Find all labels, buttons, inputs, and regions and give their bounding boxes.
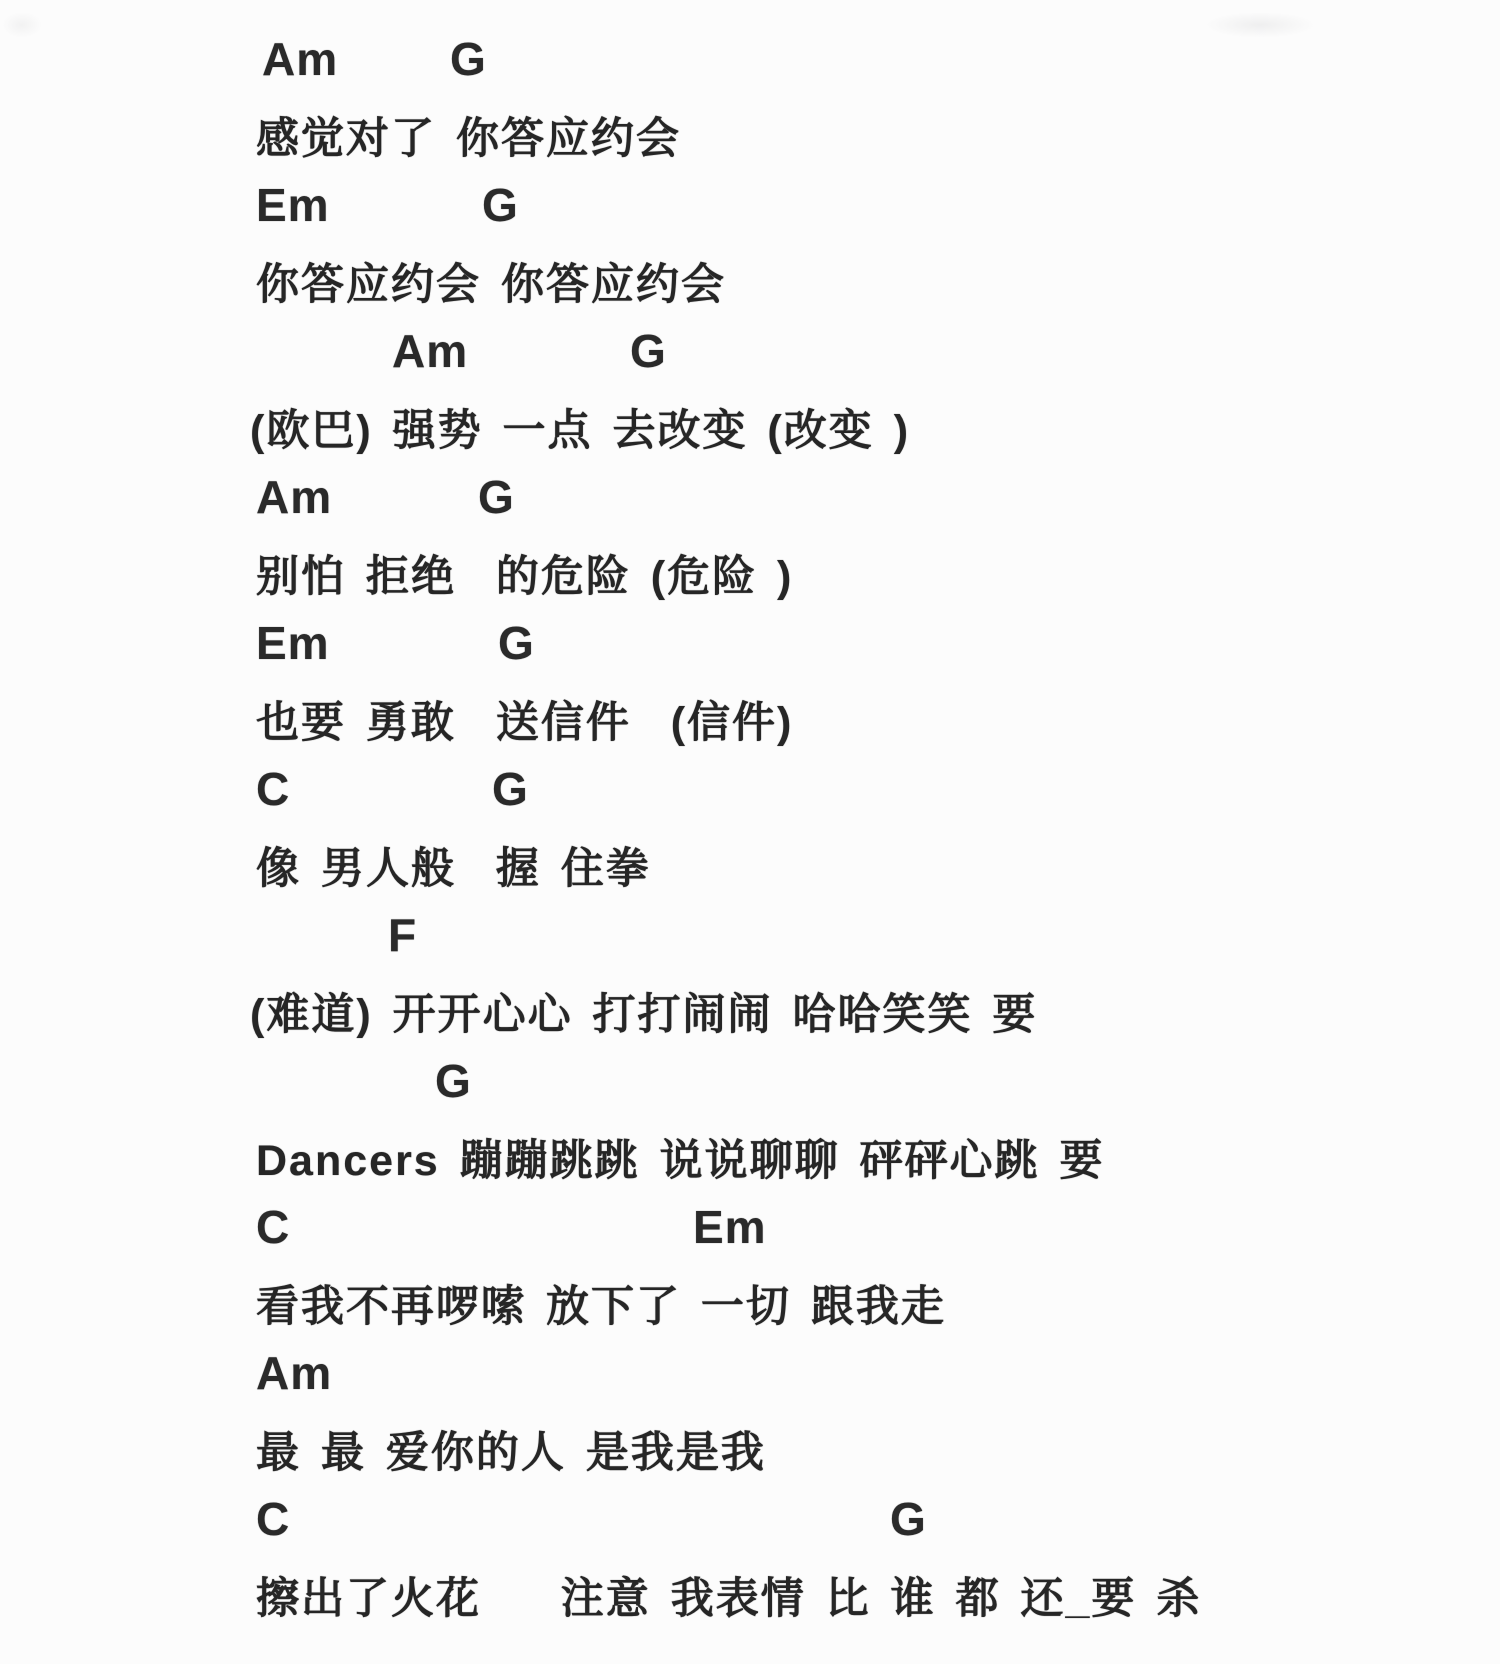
chord-label: G	[482, 178, 519, 232]
chord-label: Em	[256, 178, 330, 232]
lyric-line-text: Dancers 蹦蹦跳跳 说说聊聊 砰砰心跳 要	[256, 1127, 1105, 1188]
chord-line: Am	[0, 1346, 1500, 1419]
chord-line: Am G	[0, 470, 1500, 543]
lyric-line: 擦出了火花 注意 我表情 比 谁 都 还_要 杀	[0, 1565, 1500, 1638]
lyric-line: 你答应约会 你答应约会	[0, 251, 1500, 324]
lyric-line-text: 看我不再啰嗦 放下了 一切 跟我走	[256, 1273, 946, 1334]
lyric-line-text: 像 男人般 握 住拳	[256, 835, 651, 896]
lyric-line: 看我不再啰嗦 放下了 一切 跟我走	[0, 1273, 1500, 1346]
chord-label: Am	[392, 324, 468, 378]
chord-label: G	[492, 762, 529, 816]
lyric-line-text: 擦出了火花 注意 我表情 比 谁 都 还_要 杀	[256, 1565, 1201, 1626]
lyric-line: (难道) 开开心心 打打闹闹 哈哈笑笑 要	[0, 981, 1500, 1054]
lyric-line: 也要 勇敢 送信件 (信件)	[0, 689, 1500, 762]
chord-line: Em G	[0, 616, 1500, 689]
chord-label: F	[388, 908, 417, 962]
lyric-line-text: 也要 勇敢 送信件 (信件)	[256, 689, 793, 750]
chord-label: G	[478, 470, 515, 524]
lyric-line: 最 最 爱你的人 是我是我	[0, 1419, 1500, 1492]
lyric-line-text: 别怕 拒绝 的危险 (危险 )	[256, 543, 793, 604]
chord-label: G	[498, 616, 535, 670]
chord-line: C G	[0, 762, 1500, 835]
chord-line: G	[0, 1054, 1500, 1127]
chord-line: C Em	[0, 1200, 1500, 1273]
chord-label: Am	[256, 470, 332, 524]
chord-line: Am G	[0, 32, 1500, 105]
lyric-line-text: 感觉对了 你答应约会	[256, 105, 681, 166]
chord-label: G	[435, 1054, 472, 1108]
chord-label: C	[256, 1200, 290, 1254]
chord-label: C	[256, 1492, 290, 1546]
lyric-line-text: (欧巴) 强势 一点 去改变 (改变 )	[250, 397, 910, 458]
chord-label: G	[890, 1492, 927, 1546]
chord-line: C G	[0, 1492, 1500, 1565]
chord-label: G	[450, 32, 487, 86]
lyric-line-text: 你答应约会 你答应约会	[256, 251, 726, 312]
lyric-line: (欧巴) 强势 一点 去改变 (改变 )	[0, 397, 1500, 470]
chord-sheet: Am G 感觉对了 你答应约会 Em G 你答应约会 你答应约会 Am G (欧…	[0, 0, 1500, 1664]
chord-line: F	[0, 908, 1500, 981]
lyric-line-text: (难道) 开开心心 打打闹闹 哈哈笑笑 要	[250, 981, 1037, 1042]
chord-label: Am	[262, 32, 338, 86]
chord-line: Em G	[0, 178, 1500, 251]
lyric-line-text: 最 最 爱你的人 是我是我	[256, 1419, 766, 1480]
chord-label: Am	[256, 1346, 332, 1400]
lyric-line: 别怕 拒绝 的危险 (危险 )	[0, 543, 1500, 616]
lyric-line: Dancers 蹦蹦跳跳 说说聊聊 砰砰心跳 要	[0, 1127, 1500, 1200]
chord-label: C	[256, 762, 290, 816]
chord-label: Em	[256, 616, 330, 670]
lyric-line: 像 男人般 握 住拳	[0, 835, 1500, 908]
lyric-line: 感觉对了 你答应约会	[0, 105, 1500, 178]
chord-label: Em	[693, 1200, 767, 1254]
chord-label: G	[630, 324, 667, 378]
chord-line: Am G	[0, 324, 1500, 397]
